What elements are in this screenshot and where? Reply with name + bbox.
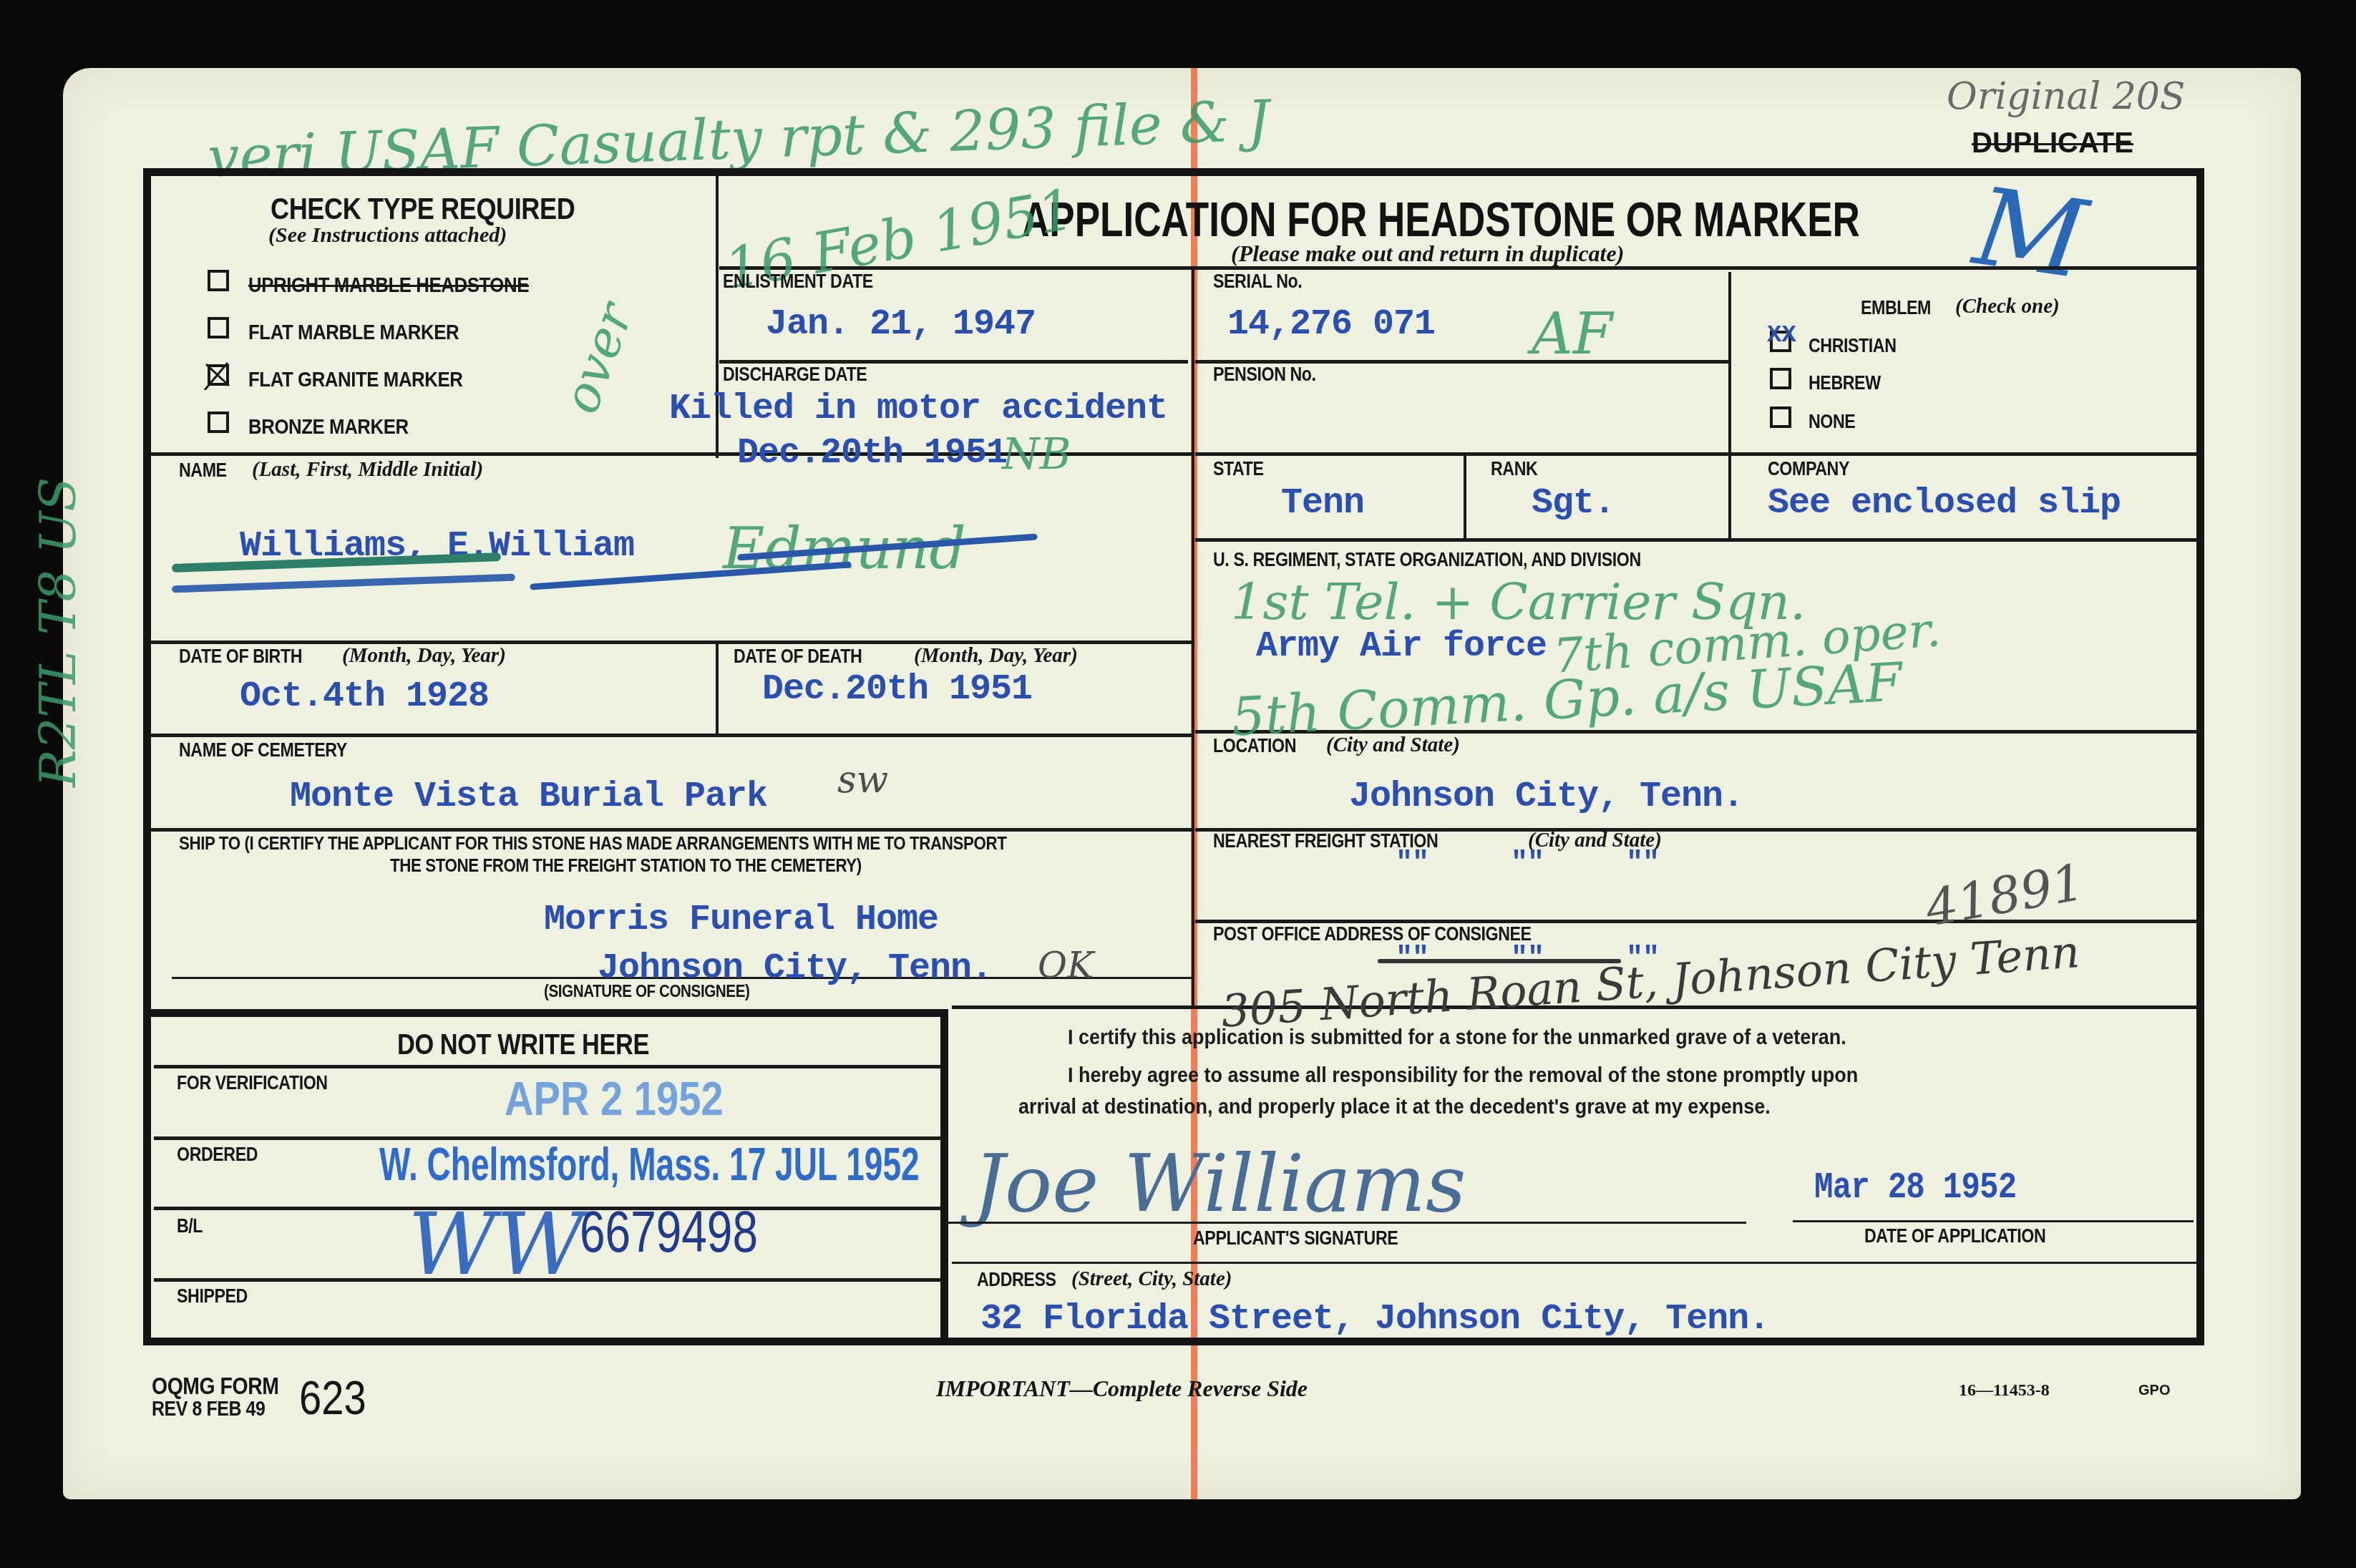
date-label: DATE OF APPLICATION [1864,1225,2045,1247]
state-label: STATE [1213,458,1264,480]
divider [1195,452,2201,456]
form-number: 623 [299,1370,366,1425]
pension-label: PENSION No. [1213,364,1316,386]
upright-marble-checkbox[interactable] [208,270,229,291]
divider [952,1262,2201,1264]
bl-handwritten: WW [408,1195,585,1295]
form-subtitle: (Please make out and return in duplicate… [1231,240,1624,267]
dod-label-note: (Month, Day, Year) [914,644,1078,668]
printer-label: GPO [2138,1383,2170,1399]
regiment-label: U. S. REGIMENT, STATE ORGANIZATION, AND … [1213,549,1641,571]
divider [1195,538,2201,542]
dob-value[interactable]: Oct.4th 1928 [240,676,489,717]
important-note: IMPORTANT—Complete Reverse Side [936,1375,1308,1402]
ordered-stamp: W. Chelmsford, Mass. 17 JUL 1952 [379,1138,920,1191]
divider [150,828,1192,832]
option-label: BRONZE MARKER [248,415,409,439]
certification-line-2: I hereby agree to assume all responsibil… [1068,1063,1858,1088]
company-label: COMPANY [1768,458,1849,480]
ship-to-label: SHIP TO (I CERTIFY THE APPLICANT FOR THI… [179,832,1006,854]
divider [1728,272,1731,540]
divider [1192,268,1194,1009]
divider [716,641,719,734]
check-type-heading: CHECK TYPE REQUIRED [271,192,575,226]
bl-stamp: 6679498 [580,1199,758,1266]
x-mark-icon [203,361,232,390]
typed-x-mark-icon: XX [1767,322,1796,349]
company-value[interactable]: See enclosed slip [1768,483,2121,524]
name-label-note: (Last, First, Middle Initial) [252,458,483,482]
dod-value[interactable]: Dec.20th 1951 [762,669,1032,710]
location-label: LOCATION [1213,735,1296,757]
serial-value[interactable]: 14,276 071 [1227,304,1435,345]
regiment-value[interactable]: Army Air force [1256,626,1547,667]
consignee-signature-caption: (SIGNATURE OF CONSIGNEE) [544,982,749,1002]
enlistment-value[interactable]: Jan. 21, 1947 [766,304,1036,345]
name-label: NAME [179,459,227,482]
address-value[interactable]: 32 Florida Street, Johnson City, Tenn. [980,1299,1769,1340]
flat-granite-checkbox[interactable] [208,364,229,386]
original-annotation: Original 20S [1947,75,2185,118]
dob-label-note: (Month, Day, Year) [342,644,506,668]
divider [154,1065,941,1068]
dod-label: DATE OF DEATH [734,646,862,668]
certification-line-1: I certify this application is submitted … [1068,1026,1846,1050]
cemetery-value[interactable]: Monte Vista Burial Park [290,776,767,817]
enlistment-label: ENLISTMENT DATE [723,271,873,293]
applicant-signature: Joe Williams [973,1138,1466,1229]
cemetery-annotation: sw [837,759,888,802]
divider [1464,454,1466,540]
divider [150,734,1192,737]
christian-checkbox[interactable]: XX [1770,331,1791,352]
signature-label: APPLICANT'S SIGNATURE [1193,1227,1398,1250]
form-number-line2: REV 8 FEB 49 [152,1398,265,1421]
discharge-value-line2[interactable]: Dec.20th 1951 [737,433,1007,474]
address-label-note: (Street, City, State) [1071,1267,1232,1291]
serial-label: SERIAL No. [1213,271,1302,293]
dob-label: DATE OF BIRTH [179,646,302,668]
rank-value[interactable]: Sgt. [1532,483,1615,524]
discharge-value-line1[interactable]: Killed in motor accident [669,389,1167,429]
location-value[interactable]: Johnson City, Tenn. [1349,776,1743,817]
consignee-initials: OK [1038,945,1094,986]
emblem-option-label: NONE [1809,411,1855,433]
emblem-heading: EMBLEM [1861,297,1931,319]
form-number-line1: OQMG FORM [152,1373,278,1400]
option-label: FLAT GRANITE MARKER [248,368,462,392]
office-use-heading: DO NOT WRITE HERE [397,1029,649,1061]
ordered-label: ORDERED [177,1144,258,1166]
margin-green-annotation: R2TL T8 US [29,477,87,787]
option-label: FLAT MARBLE MARKER [248,321,459,345]
hebrew-checkbox[interactable] [1770,368,1791,389]
freight-value[interactable]: "" "" "" [1396,848,1659,880]
location-label-note: (City and State) [1326,734,1460,757]
bronze-marker-checkbox[interactable] [208,412,229,433]
discharge-label: DISCHARGE DATE [723,364,867,386]
none-checkbox[interactable] [1770,406,1791,428]
emblem-note: (Check one) [1955,295,2060,318]
emblem-option-label: HEBREW [1809,372,1881,394]
signature-line [945,1222,1746,1224]
cemetery-label: NAME OF CEMETERY [179,739,347,761]
option-label: UPRIGHT MARBLE HEADSTONE [248,273,529,298]
nb-annotation: NB [1002,429,1071,479]
af-annotation: AF [1532,301,1612,367]
application-date-value[interactable]: Mar 28 1952 [1814,1167,2016,1209]
po-address-label: POST OFFICE ADDRESS OF CONSIGNEE [1213,923,1532,945]
emblem-option-label: CHRISTIAN [1809,335,1897,357]
rank-label: RANK [1491,458,1537,480]
duplicate-label: DUPLICATE [1972,127,2133,160]
address-label: ADDRESS [977,1269,1056,1291]
check-type-subheading: (See Instructions attached) [268,223,507,248]
ship-to-value-1[interactable]: Morris Funeral Home [544,900,938,940]
state-value[interactable]: Tenn [1281,483,1364,524]
date-line [1793,1220,2194,1222]
shipped-label: SHIPPED [177,1285,248,1308]
flat-marble-checkbox[interactable] [208,317,229,339]
certification-line-3: arrival at destination, and properly pla… [1018,1095,1771,1119]
print-code: 16—11453-8 [1959,1381,2050,1401]
verification-label: FOR VERIFICATION [177,1072,328,1094]
form-title: APPLICATION FOR HEADSTONE OR MARKER [1022,192,1860,248]
verification-stamp: APR 2 1952 [505,1071,724,1126]
bl-label: B/L [177,1215,203,1237]
ship-to-label-2: THE STONE FROM THE FREIGHT STATION TO TH… [390,854,862,877]
